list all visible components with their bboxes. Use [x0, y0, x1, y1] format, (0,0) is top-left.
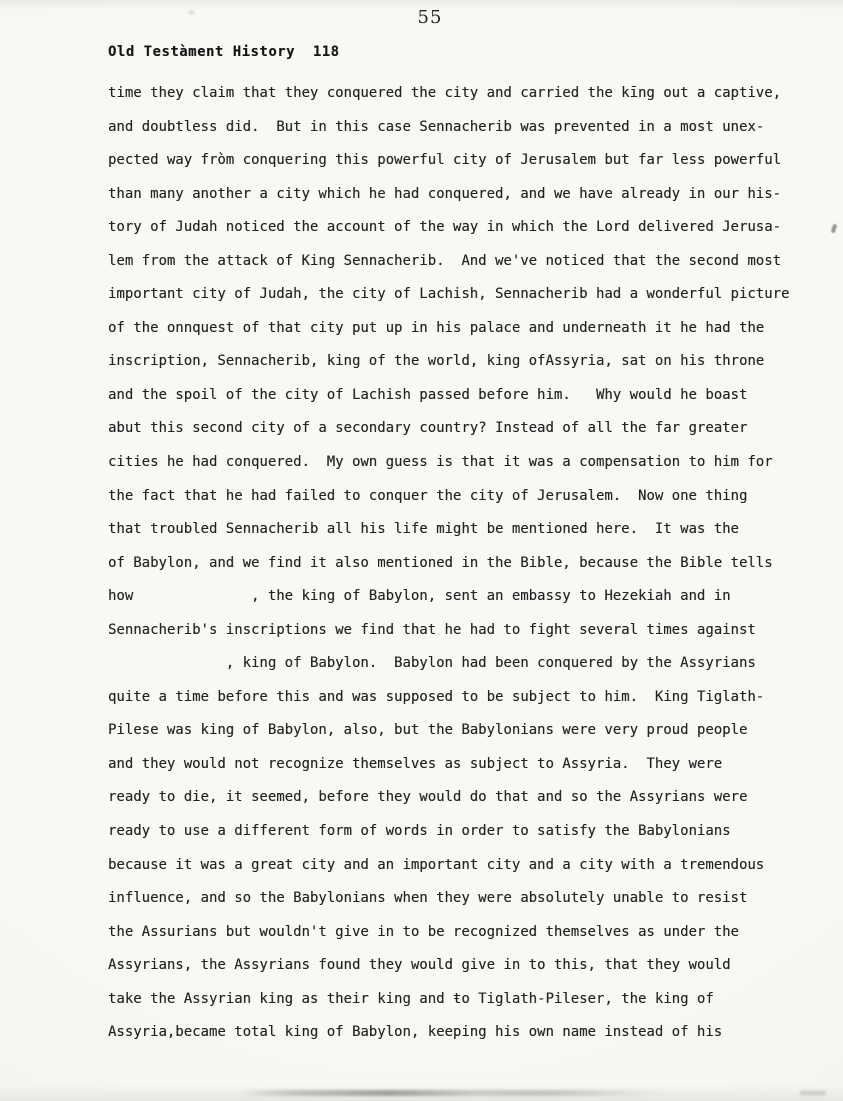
body-line: of the onnquest of that city put up in h…	[108, 312, 818, 346]
body-line: and the spoil of the city of Lachish pas…	[108, 379, 818, 413]
body-line: how , the king of Babylon, sent an embas…	[108, 580, 818, 614]
body-line: ready to die, it seemed, before they wou…	[108, 781, 818, 815]
scan-smudge	[800, 1091, 826, 1095]
body-line: tory of Judah noticed the account of the…	[108, 211, 818, 245]
scan-smudge	[238, 1090, 668, 1096]
body-text: time they claim that they conquered the …	[108, 77, 818, 1050]
body-line: Pilese was king of Babylon, also, but th…	[108, 714, 818, 748]
scanned-document-page: 55 Old Testàment History 118 time they c…	[0, 0, 843, 1101]
body-line: take the Assyrian king as their king and…	[108, 983, 818, 1017]
body-line: Assyrians, the Assyrians found they woul…	[108, 949, 818, 983]
body-line: and they would not recognize themselves …	[108, 748, 818, 782]
body-line: , king of Babylon. Babylon had been conq…	[108, 647, 818, 681]
body-line: Sennacherib's inscriptions we find that …	[108, 614, 818, 648]
body-line: influence, and so the Babylonians when t…	[108, 882, 818, 916]
body-line: lem from the attack of King Sennacherib.…	[108, 245, 818, 279]
body-line: ready to use a different form of words i…	[108, 815, 818, 849]
body-line: than many another a city which he had co…	[108, 178, 818, 212]
page-number: 55	[0, 7, 843, 28]
body-line: cities he had conquered. My own guess is…	[108, 446, 818, 480]
body-line: because it was a great city and an impor…	[108, 849, 818, 883]
body-line: that troubled Sennacherib all his life m…	[108, 513, 818, 547]
document-header: Old Testàment History 118	[108, 44, 340, 60]
body-line: the fact that he had failed to conquer t…	[108, 480, 818, 514]
body-line: quite a time before this and was suppose…	[108, 681, 818, 715]
body-line: Assyria,became total king of Babylon, ke…	[108, 1016, 818, 1050]
body-line: of Babylon, and we find it also mentione…	[108, 547, 818, 581]
body-line: time they claim that they conquered the …	[108, 77, 818, 111]
body-line: and doubtless did. But in this case Senn…	[108, 111, 818, 145]
body-line: abut this second city of a secondary cou…	[108, 412, 818, 446]
body-line: pected way fròm conquering this powerful…	[108, 144, 818, 178]
body-line: inscription, Sennacherib, king of the wo…	[108, 345, 818, 379]
scan-stray-mark	[831, 224, 838, 234]
body-line: the Assurians but wouldn't give in to be…	[108, 916, 818, 950]
body-line: important city of Judah, the city of Lac…	[108, 278, 818, 312]
